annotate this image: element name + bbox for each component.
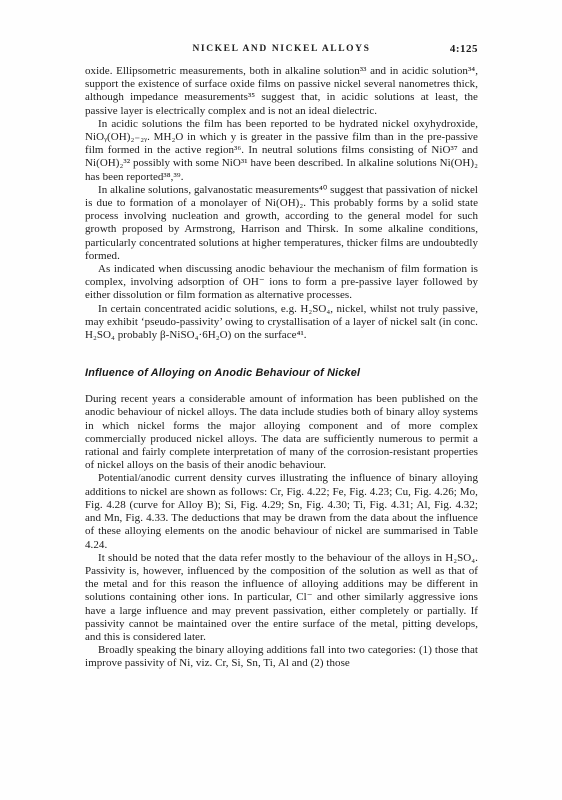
paragraph: In certain concentrated acidic solutions… [85,303,478,343]
page-number: 4:125 [450,43,478,55]
running-head-title: Nickel and Nickel Alloys [85,44,478,54]
paragraph: In alkaline solutions, galvanostatic mea… [85,184,478,263]
paragraph: As indicated when discussing anodic beha… [85,263,478,303]
section-heading: Influence of Alloying on Anodic Behaviou… [85,367,478,379]
body-text: oxide. Ellipsometric measurements, both … [85,65,478,671]
book-page: Nickel and Nickel Alloys 4:125 oxide. El… [0,0,562,800]
running-head: Nickel and Nickel Alloys 4:125 [85,44,478,57]
paragraph: Potential/anodic current density curves … [85,472,478,551]
paragraph: In acidic solutions the film has been re… [85,118,478,184]
paragraph: During recent years a considerable amoun… [85,393,478,472]
paragraph: Broadly speaking the binary alloying add… [85,644,478,670]
paragraph: It should be noted that the data refer m… [85,552,478,644]
text-column: Nickel and Nickel Alloys 4:125 oxide. El… [85,44,478,671]
paragraph: oxide. Ellipsometric measurements, both … [85,65,478,118]
